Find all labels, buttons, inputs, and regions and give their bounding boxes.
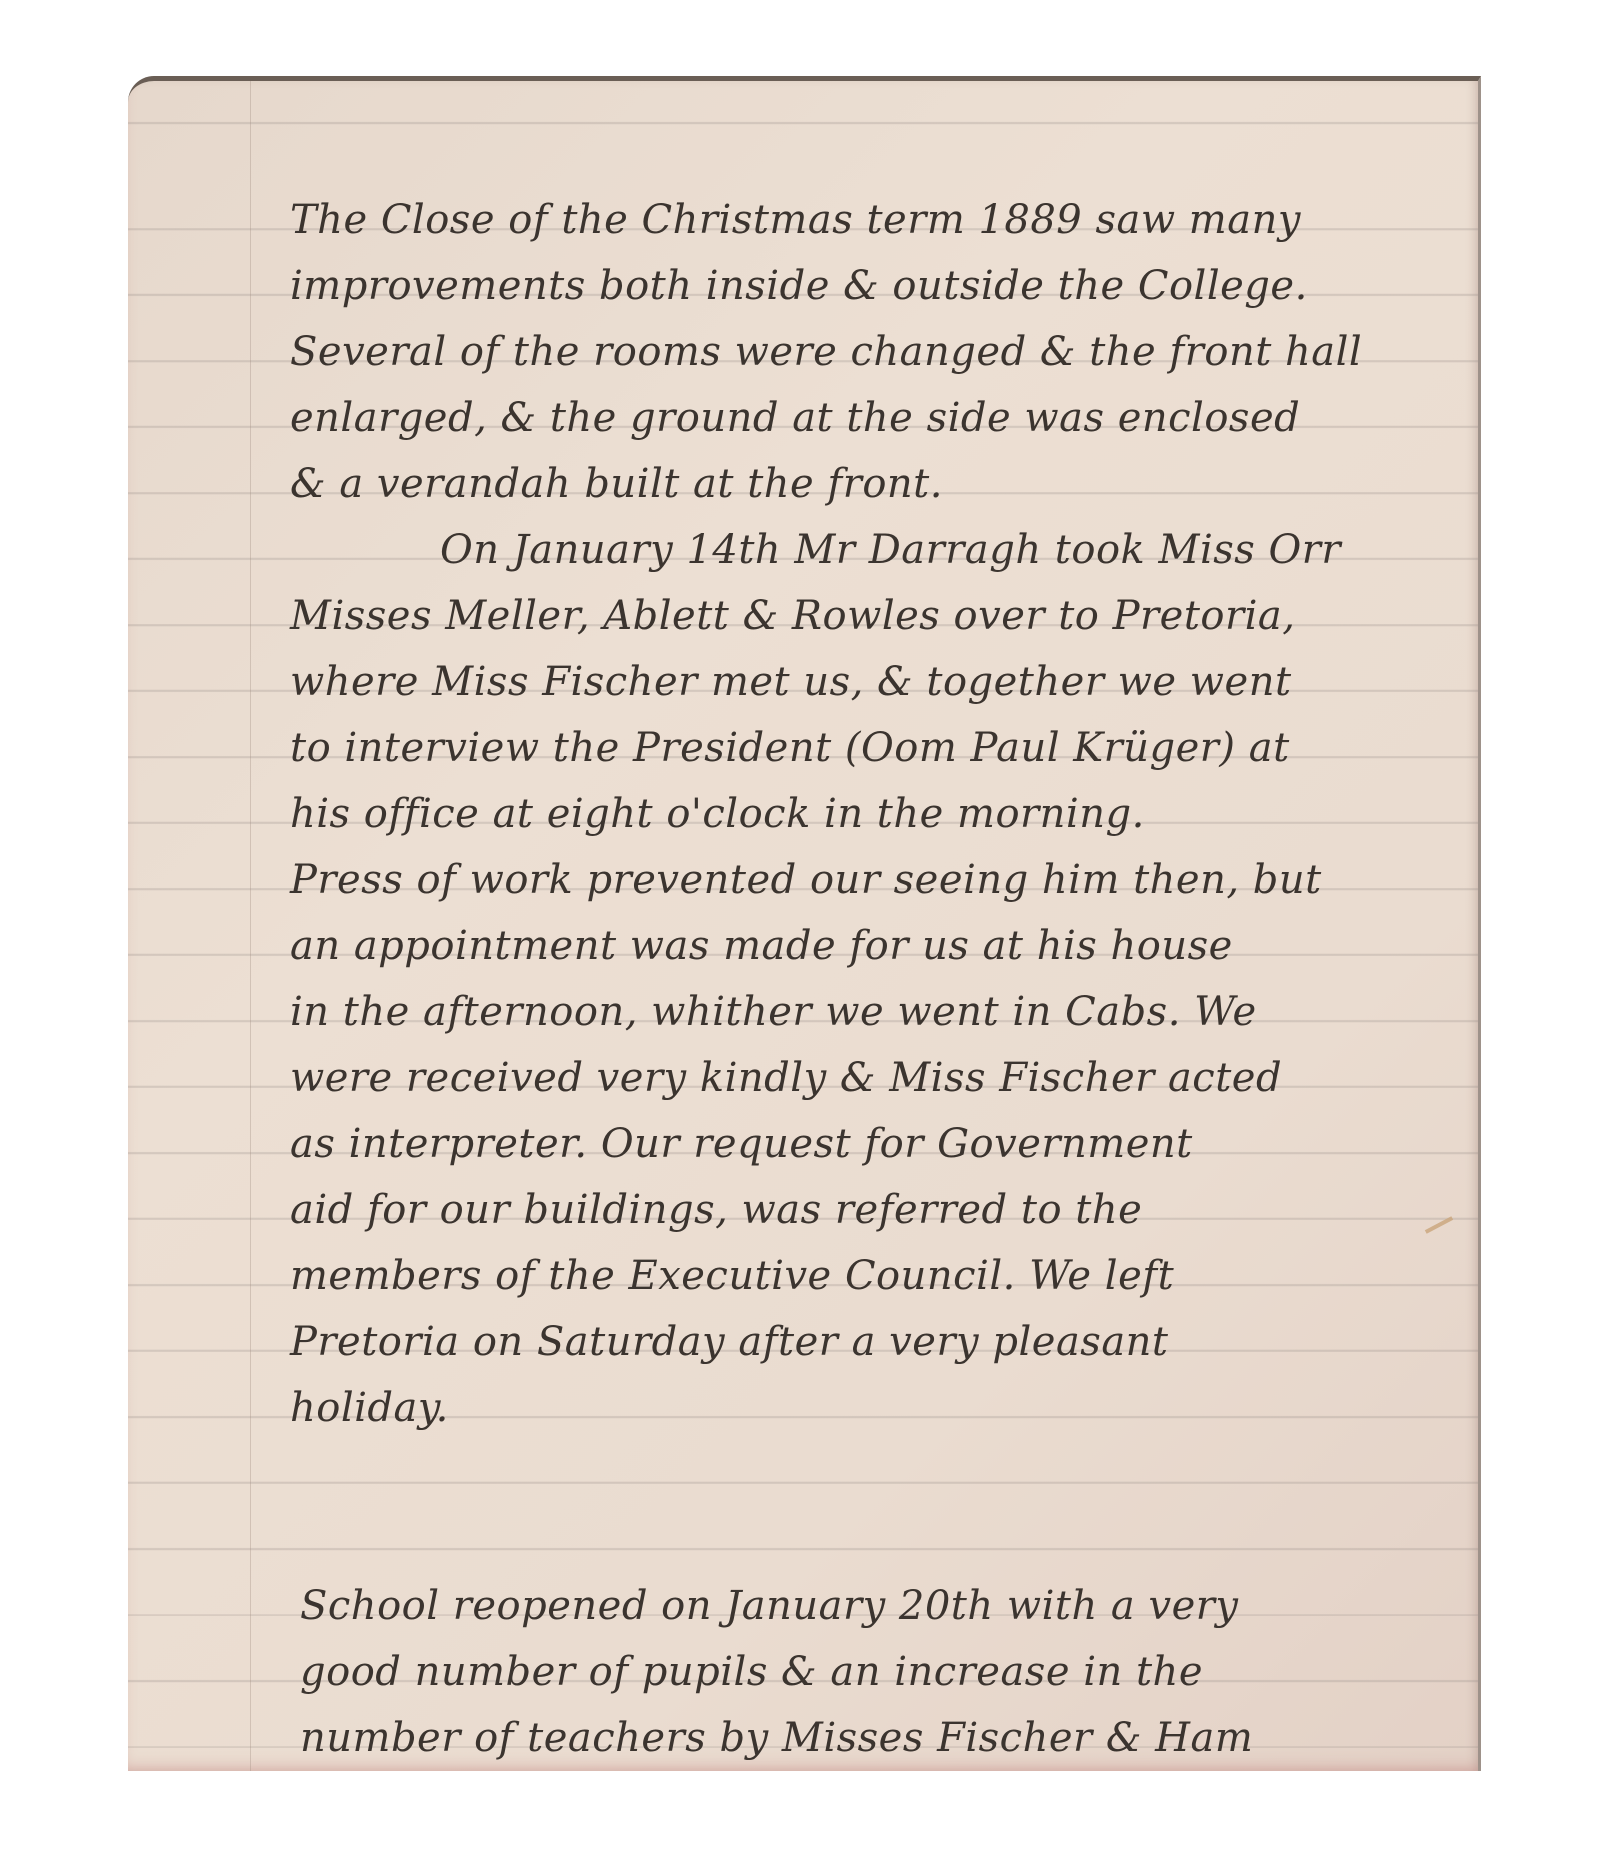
text-line: number of teachers by Misses Fischer & H… bbox=[290, 1705, 1460, 1771]
paragraph-college-improvements: The Close of the Christmas term 1889 saw… bbox=[290, 187, 1460, 517]
text-line: holiday. bbox=[290, 1375, 1460, 1441]
paragraph-school-reopened: School reopened on January 20th with a v… bbox=[290, 1573, 1460, 1771]
text-line: School reopened on January 20th with a v… bbox=[290, 1573, 1460, 1639]
text-line: good number of pupils & an increase in t… bbox=[290, 1639, 1460, 1705]
text-line: aid for our buildings, was referred to t… bbox=[290, 1177, 1460, 1243]
text-line: an appointment was made for us at his ho… bbox=[290, 913, 1460, 979]
text-line: members of the Executive Council. We lef… bbox=[290, 1243, 1460, 1309]
text-line: in the afternoon, whither we went in Cab… bbox=[290, 979, 1460, 1045]
text-line: his office at eight o'clock in the morni… bbox=[290, 781, 1460, 847]
text-line: & a verandah built at the front. bbox=[290, 451, 1460, 517]
text-line: Several of the rooms were changed & the … bbox=[290, 319, 1460, 385]
text-line: Pretoria on Saturday after a very pleasa… bbox=[290, 1309, 1460, 1375]
notebook-page: The Close of the Christmas term 1889 saw… bbox=[128, 76, 1481, 1771]
text-line: improvements both inside & outside the C… bbox=[290, 253, 1460, 319]
text-line: where Miss Fischer met us, & together we… bbox=[290, 649, 1460, 715]
handwritten-text: The Close of the Christmas term 1889 saw… bbox=[290, 187, 1460, 1771]
text-line: to interview the President (Oom Paul Krü… bbox=[290, 715, 1460, 781]
text-line: The Close of the Christmas term 1889 saw… bbox=[290, 187, 1460, 253]
text-line: as interpreter. Our request for Governme… bbox=[290, 1111, 1460, 1177]
text-line: were received very kindly & Miss Fischer… bbox=[290, 1045, 1460, 1111]
text-line: Press of work prevented our seeing him t… bbox=[290, 847, 1460, 913]
margin-rule bbox=[250, 81, 251, 1771]
text-line: Misses Meller, Ablett & Rowles over to P… bbox=[290, 583, 1460, 649]
text-line: On January 14th Mr Darragh took Miss Orr bbox=[290, 517, 1460, 583]
paragraph-pretoria-visit: On January 14th Mr Darragh took Miss Orr… bbox=[290, 517, 1460, 1441]
text-line: enlarged, & the ground at the side was e… bbox=[290, 385, 1460, 451]
paragraph-spacer bbox=[290, 1441, 1460, 1573]
